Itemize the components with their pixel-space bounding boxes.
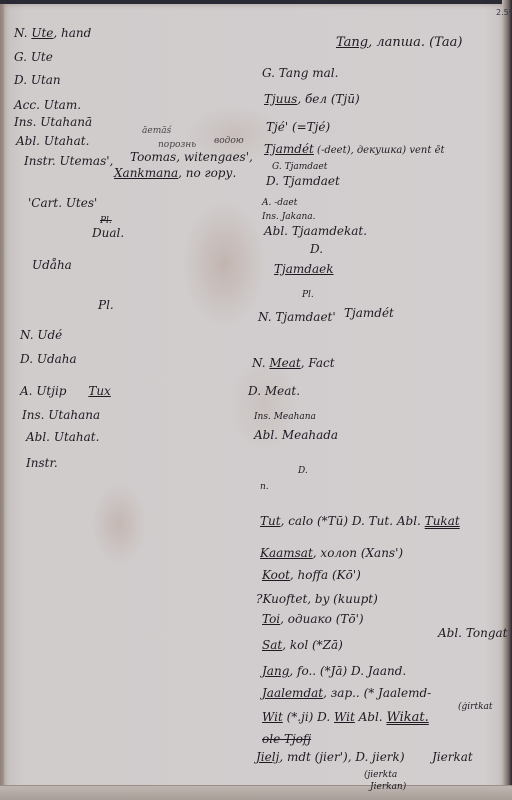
page-right-edge: [502, 0, 512, 800]
alternate-form: Tukat: [425, 514, 460, 528]
declension-row: N. Ute, hand: [14, 26, 91, 40]
gloss: , лапша. (Taa): [368, 35, 462, 50]
gloss: , kol (*Zā): [282, 638, 343, 652]
case-label: Acc.: [14, 98, 40, 112]
headword: Tang: [336, 35, 368, 50]
entry-line: Ins. Meahana: [254, 410, 316, 424]
case-label: N.: [14, 26, 28, 40]
gloss: , по гору.: [178, 166, 236, 180]
case-form: Utam.: [44, 98, 81, 112]
page-number: 2.59: [496, 8, 512, 17]
case-label: G.: [14, 50, 27, 64]
plural-alt-form: Tjamdét: [344, 306, 394, 320]
headword: Sat: [262, 638, 282, 652]
declension-row: Acc. Utam.: [14, 98, 81, 112]
declension-row: Ins. Utahana: [22, 408, 100, 422]
instr-example: Toomas, witengaes',: [130, 150, 253, 164]
vocab-entry: Wit (*.ji) D. Wit Abl. Wikat.: [262, 710, 429, 725]
gloss: (*.ji) D.: [283, 710, 330, 724]
plural-heading: Pl.: [98, 298, 114, 312]
declension-row: D. Udaha: [20, 352, 77, 366]
vocab-entry: ?Kuoftet, by (kuupt): [256, 592, 378, 606]
declension-row: Abl. Utahat.: [16, 134, 89, 148]
entry-line: Tjé' (=Tjé): [266, 120, 330, 134]
plural-form: N. Tjamdaet': [258, 310, 336, 324]
case-form: Wit: [334, 710, 355, 724]
headword: Jang: [262, 664, 289, 678]
gloss: , calo (*Tū) D. Tut. Abl.: [281, 514, 421, 528]
entry-line: G. Tjamdaet: [272, 160, 327, 174]
annotation: водою: [214, 134, 244, 148]
dual-form: Udåha: [32, 258, 72, 272]
plural-heading: Pl.: [302, 288, 314, 302]
gloss: , одиако (Tō'): [280, 612, 363, 626]
entry-title: Tang, лапша. (Taa): [336, 36, 462, 50]
entry-line: Abl. Meahada: [254, 428, 338, 442]
entry-line: D. Tjamdaet: [266, 174, 340, 188]
dual-heading: Dual.: [92, 226, 124, 240]
annotation: ăemāś: [142, 124, 171, 138]
entry-line: Tjamdét (-deet), декушка) vent ēt: [264, 142, 445, 158]
gloss: , зар.. (* Jaalemd-: [323, 686, 431, 700]
gloss: , hoffa (Kō'): [290, 568, 361, 582]
entry-line: Ins. Jakana.: [262, 210, 316, 224]
vocab-entry: Tut, calo (*Tū) D. Tut. Abl. Tukat: [260, 514, 460, 528]
entry-line: A. -daet: [262, 196, 297, 210]
case-label: N.: [20, 328, 34, 342]
cart-note: 'Cart. Utes': [28, 196, 97, 210]
case-label: D.: [20, 352, 33, 366]
case-label: Instr.: [26, 456, 58, 470]
dual-form: Tjamdaek: [274, 262, 333, 276]
case-form: Utahana: [48, 408, 100, 422]
side-note: Abl. Tongat: [438, 626, 508, 640]
vocab-entry: Sat, kol (*Zā): [262, 638, 343, 652]
case-label: Abl.: [16, 134, 40, 148]
entry-line: Tjuus, бел (Tjū): [264, 92, 360, 106]
entry-line: Abl. Tjaamdekat.: [264, 224, 367, 238]
gloss: , hand: [53, 26, 91, 40]
entry-line: G. Tang mal.: [262, 66, 338, 80]
underlined-word: Xankmana: [114, 166, 178, 180]
headword: Tut: [260, 514, 281, 528]
gloss: , mdt (jier'), D. jierk): [279, 750, 404, 764]
declension-row: Abl. Utahat.: [26, 430, 99, 444]
declension-row: A. Utjip Tux: [20, 384, 111, 398]
declension-row: Instr. Utemas',: [24, 154, 113, 168]
dual-heading: D.: [310, 242, 323, 256]
gloss: (-deet), декушка) vent ēt: [314, 145, 445, 156]
headword: Jielj: [256, 750, 279, 764]
case-label: n.: [260, 480, 269, 494]
vocab-entry: Jang, fo.. (*Jā) D. Jaand.: [262, 664, 406, 678]
case-form: Utahanā: [40, 115, 92, 129]
case-label: Ins.: [14, 115, 36, 129]
case-form: Utahat.: [44, 134, 90, 148]
headword: Kaamsat: [260, 546, 313, 560]
struck-entry: ole Tjofj: [262, 732, 311, 746]
case-form: Udaha: [37, 352, 77, 366]
alternate-form: Wikat.: [386, 710, 428, 725]
case-form: Utahat.: [54, 430, 100, 444]
gloss: , by (kuupt): [307, 592, 378, 606]
case-label: Ins.: [22, 408, 44, 422]
vocab-entry: Kaamsat, xолоп (Xans'): [260, 546, 403, 560]
headword: Tjamdét: [264, 142, 314, 156]
entry-line: D. Meat.: [248, 384, 300, 398]
vocab-entry: Jaalemdat, зар.. (* Jaalemd-: [262, 686, 431, 700]
declension-row: Instr.: [26, 456, 58, 470]
headword: Meat: [269, 356, 300, 370]
side-note: Jierkan): [370, 780, 406, 794]
side-note: (ģirtkat: [458, 700, 493, 714]
page-bottom-edge: [0, 785, 512, 800]
headword: Toi: [262, 612, 280, 626]
vocab-entry: Koot, hoffa (Kō'): [262, 568, 361, 582]
headword: Wit: [262, 710, 283, 724]
side-note: Jierkat: [432, 750, 473, 764]
case-label: Abl.: [26, 430, 50, 444]
case-form: Ute: [31, 50, 53, 64]
headword: Tjuus: [264, 92, 297, 106]
case-label: Instr.: [24, 154, 56, 168]
alternate-form: Tux: [88, 384, 111, 398]
declension-row: D. Utan: [14, 73, 61, 87]
case-form: Utan: [31, 73, 61, 87]
headword: Koot: [262, 568, 290, 582]
case-form: Utemas',: [60, 154, 114, 168]
vocab-entry: Toi, одиако (Tō'): [262, 612, 364, 626]
vocab-entry: Jielj, mdt (jier'), D. jierk): [256, 750, 405, 764]
case-label: Abl.: [355, 710, 383, 724]
gloss: , fo.. (*Jā) D. Jaand.: [289, 664, 406, 678]
gloss: , бел (Tjū): [297, 92, 359, 106]
gloss: , xолоп (Xans'): [313, 546, 403, 560]
headword: Ute: [31, 26, 53, 40]
case-label: D.: [14, 73, 27, 87]
headword: Kuoftet: [262, 592, 307, 606]
dual-heading: D.: [298, 464, 308, 478]
declension-row: Ins. Utahanā: [14, 115, 92, 129]
instr-example-2: Xankmana, по гору.: [114, 166, 236, 180]
declension-row: G. Ute: [14, 50, 53, 64]
case-label: A.: [20, 384, 32, 398]
case-form: Udé: [37, 328, 62, 342]
declension-row: N. Udé: [20, 328, 62, 342]
gloss: , Fact: [301, 356, 335, 370]
entry-line: N. Meat, Fact: [252, 356, 335, 370]
case-form: Utjip: [36, 384, 66, 398]
headword: Jaalemdat: [262, 686, 323, 700]
case-label: N.: [252, 356, 266, 370]
